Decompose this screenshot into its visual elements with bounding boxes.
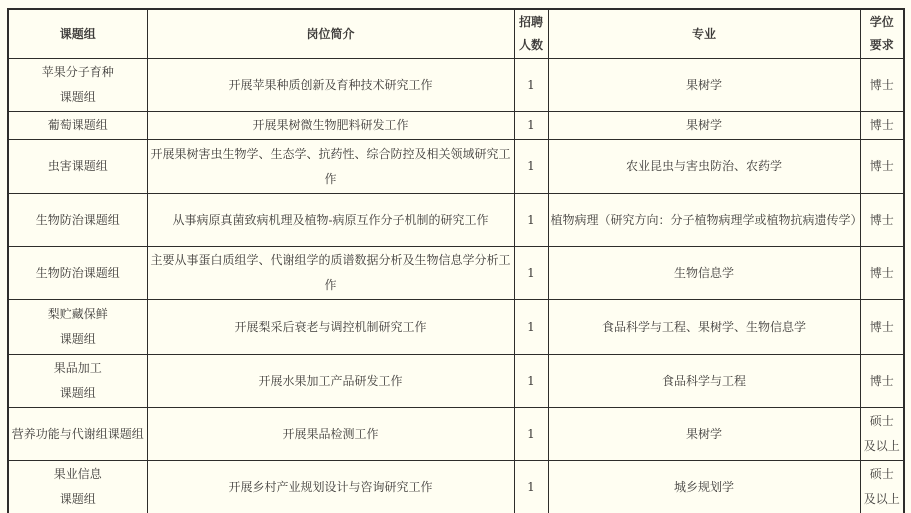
cell-headcount: 1 (514, 408, 548, 461)
cell-group: 葡萄课题组 (8, 112, 147, 140)
header-row: 课题组 岗位简介 招聘 人数 专业 学位 要求 (8, 9, 904, 59)
cell-degree: 博士 (860, 300, 904, 355)
col-header-degree: 学位 要求 (860, 9, 904, 59)
cell-headcount: 1 (514, 59, 548, 112)
table-body: 苹果分子育种 课题组开展苹果种质创新及育种技术研究工作1果树学博士葡萄课题组开展… (8, 59, 904, 513)
cell-degree: 博士 (860, 140, 904, 194)
table-row: 果业信息 课题组开展乡村产业规划设计与咨询研究工作1城乡规划学硕士 及以上 (8, 461, 904, 513)
cell-group: 苹果分子育种 课题组 (8, 59, 147, 112)
cell-description: 开展水果加工产品研发工作 (147, 355, 514, 408)
cell-headcount: 1 (514, 140, 548, 194)
cell-degree: 博士 (860, 59, 904, 112)
cell-headcount: 1 (514, 461, 548, 513)
table-row: 虫害课题组开展果树害虫生物学、生态学、抗药性、综合防控及相关领域研究工作1农业昆… (8, 140, 904, 194)
recruitment-table: 课题组 岗位简介 招聘 人数 专业 学位 要求 苹果分子育种 课题组开展苹果种质… (7, 8, 905, 513)
table-row: 生物防治课题组主要从事蛋白质组学、代谢组学的质谱数据分析及生物信息学分析工作1生… (8, 247, 904, 300)
cell-major: 生物信息学 (548, 247, 860, 300)
table-row: 果品加工 课题组开展水果加工产品研发工作1食品科学与工程博士 (8, 355, 904, 408)
cell-major: 果树学 (548, 59, 860, 112)
cell-group: 梨贮藏保鲜 课题组 (8, 300, 147, 355)
cell-major: 果树学 (548, 112, 860, 140)
cell-group: 生物防治课题组 (8, 194, 147, 247)
cell-degree: 硕士 及以上 (860, 461, 904, 513)
cell-degree: 博士 (860, 112, 904, 140)
cell-major: 植物病理（研究方向：分子植物病理学或植物抗病遗传学） (548, 194, 860, 247)
cell-headcount: 1 (514, 355, 548, 408)
cell-group: 营养功能与代谢组课题组 (8, 408, 147, 461)
cell-description: 开展果树微生物肥料研发工作 (147, 112, 514, 140)
cell-group: 果业信息 课题组 (8, 461, 147, 513)
cell-group: 果品加工 课题组 (8, 355, 147, 408)
table-row: 生物防治课题组从事病原真菌致病机理及植物-病原互作分子机制的研究工作1植物病理（… (8, 194, 904, 247)
col-header-major: 专业 (548, 9, 860, 59)
cell-degree: 博士 (860, 355, 904, 408)
table-row: 梨贮藏保鲜 课题组开展梨采后衰老与调控机制研究工作1食品科学与工程、果树学、生物… (8, 300, 904, 355)
cell-degree: 硕士 及以上 (860, 408, 904, 461)
cell-description: 开展梨采后衰老与调控机制研究工作 (147, 300, 514, 355)
cell-major: 城乡规划学 (548, 461, 860, 513)
col-header-headcount: 招聘 人数 (514, 9, 548, 59)
cell-description: 开展果树害虫生物学、生态学、抗药性、综合防控及相关领域研究工作 (147, 140, 514, 194)
cell-headcount: 1 (514, 300, 548, 355)
table-row: 葡萄课题组开展果树微生物肥料研发工作1果树学博士 (8, 112, 904, 140)
cell-headcount: 1 (514, 112, 548, 140)
cell-major: 果树学 (548, 408, 860, 461)
cell-major: 农业昆虫与害虫防治、农药学 (548, 140, 860, 194)
cell-description: 开展乡村产业规划设计与咨询研究工作 (147, 461, 514, 513)
table-row: 营养功能与代谢组课题组开展果品检测工作1果树学硕士 及以上 (8, 408, 904, 461)
cell-major: 食品科学与工程、果树学、生物信息学 (548, 300, 860, 355)
cell-degree: 博士 (860, 194, 904, 247)
cell-headcount: 1 (514, 194, 548, 247)
cell-group: 生物防治课题组 (8, 247, 147, 300)
cell-description: 从事病原真菌致病机理及植物-病原互作分子机制的研究工作 (147, 194, 514, 247)
cell-degree: 博士 (860, 247, 904, 300)
col-header-group: 课题组 (8, 9, 147, 59)
cell-description: 开展苹果种质创新及育种技术研究工作 (147, 59, 514, 112)
page: 课题组 岗位简介 招聘 人数 专业 学位 要求 苹果分子育种 课题组开展苹果种质… (0, 0, 911, 513)
cell-description: 开展果品检测工作 (147, 408, 514, 461)
table-row: 苹果分子育种 课题组开展苹果种质创新及育种技术研究工作1果树学博士 (8, 59, 904, 112)
cell-headcount: 1 (514, 247, 548, 300)
col-header-description: 岗位简介 (147, 9, 514, 59)
cell-major: 食品科学与工程 (548, 355, 860, 408)
cell-description: 主要从事蛋白质组学、代谢组学的质谱数据分析及生物信息学分析工作 (147, 247, 514, 300)
cell-group: 虫害课题组 (8, 140, 147, 194)
